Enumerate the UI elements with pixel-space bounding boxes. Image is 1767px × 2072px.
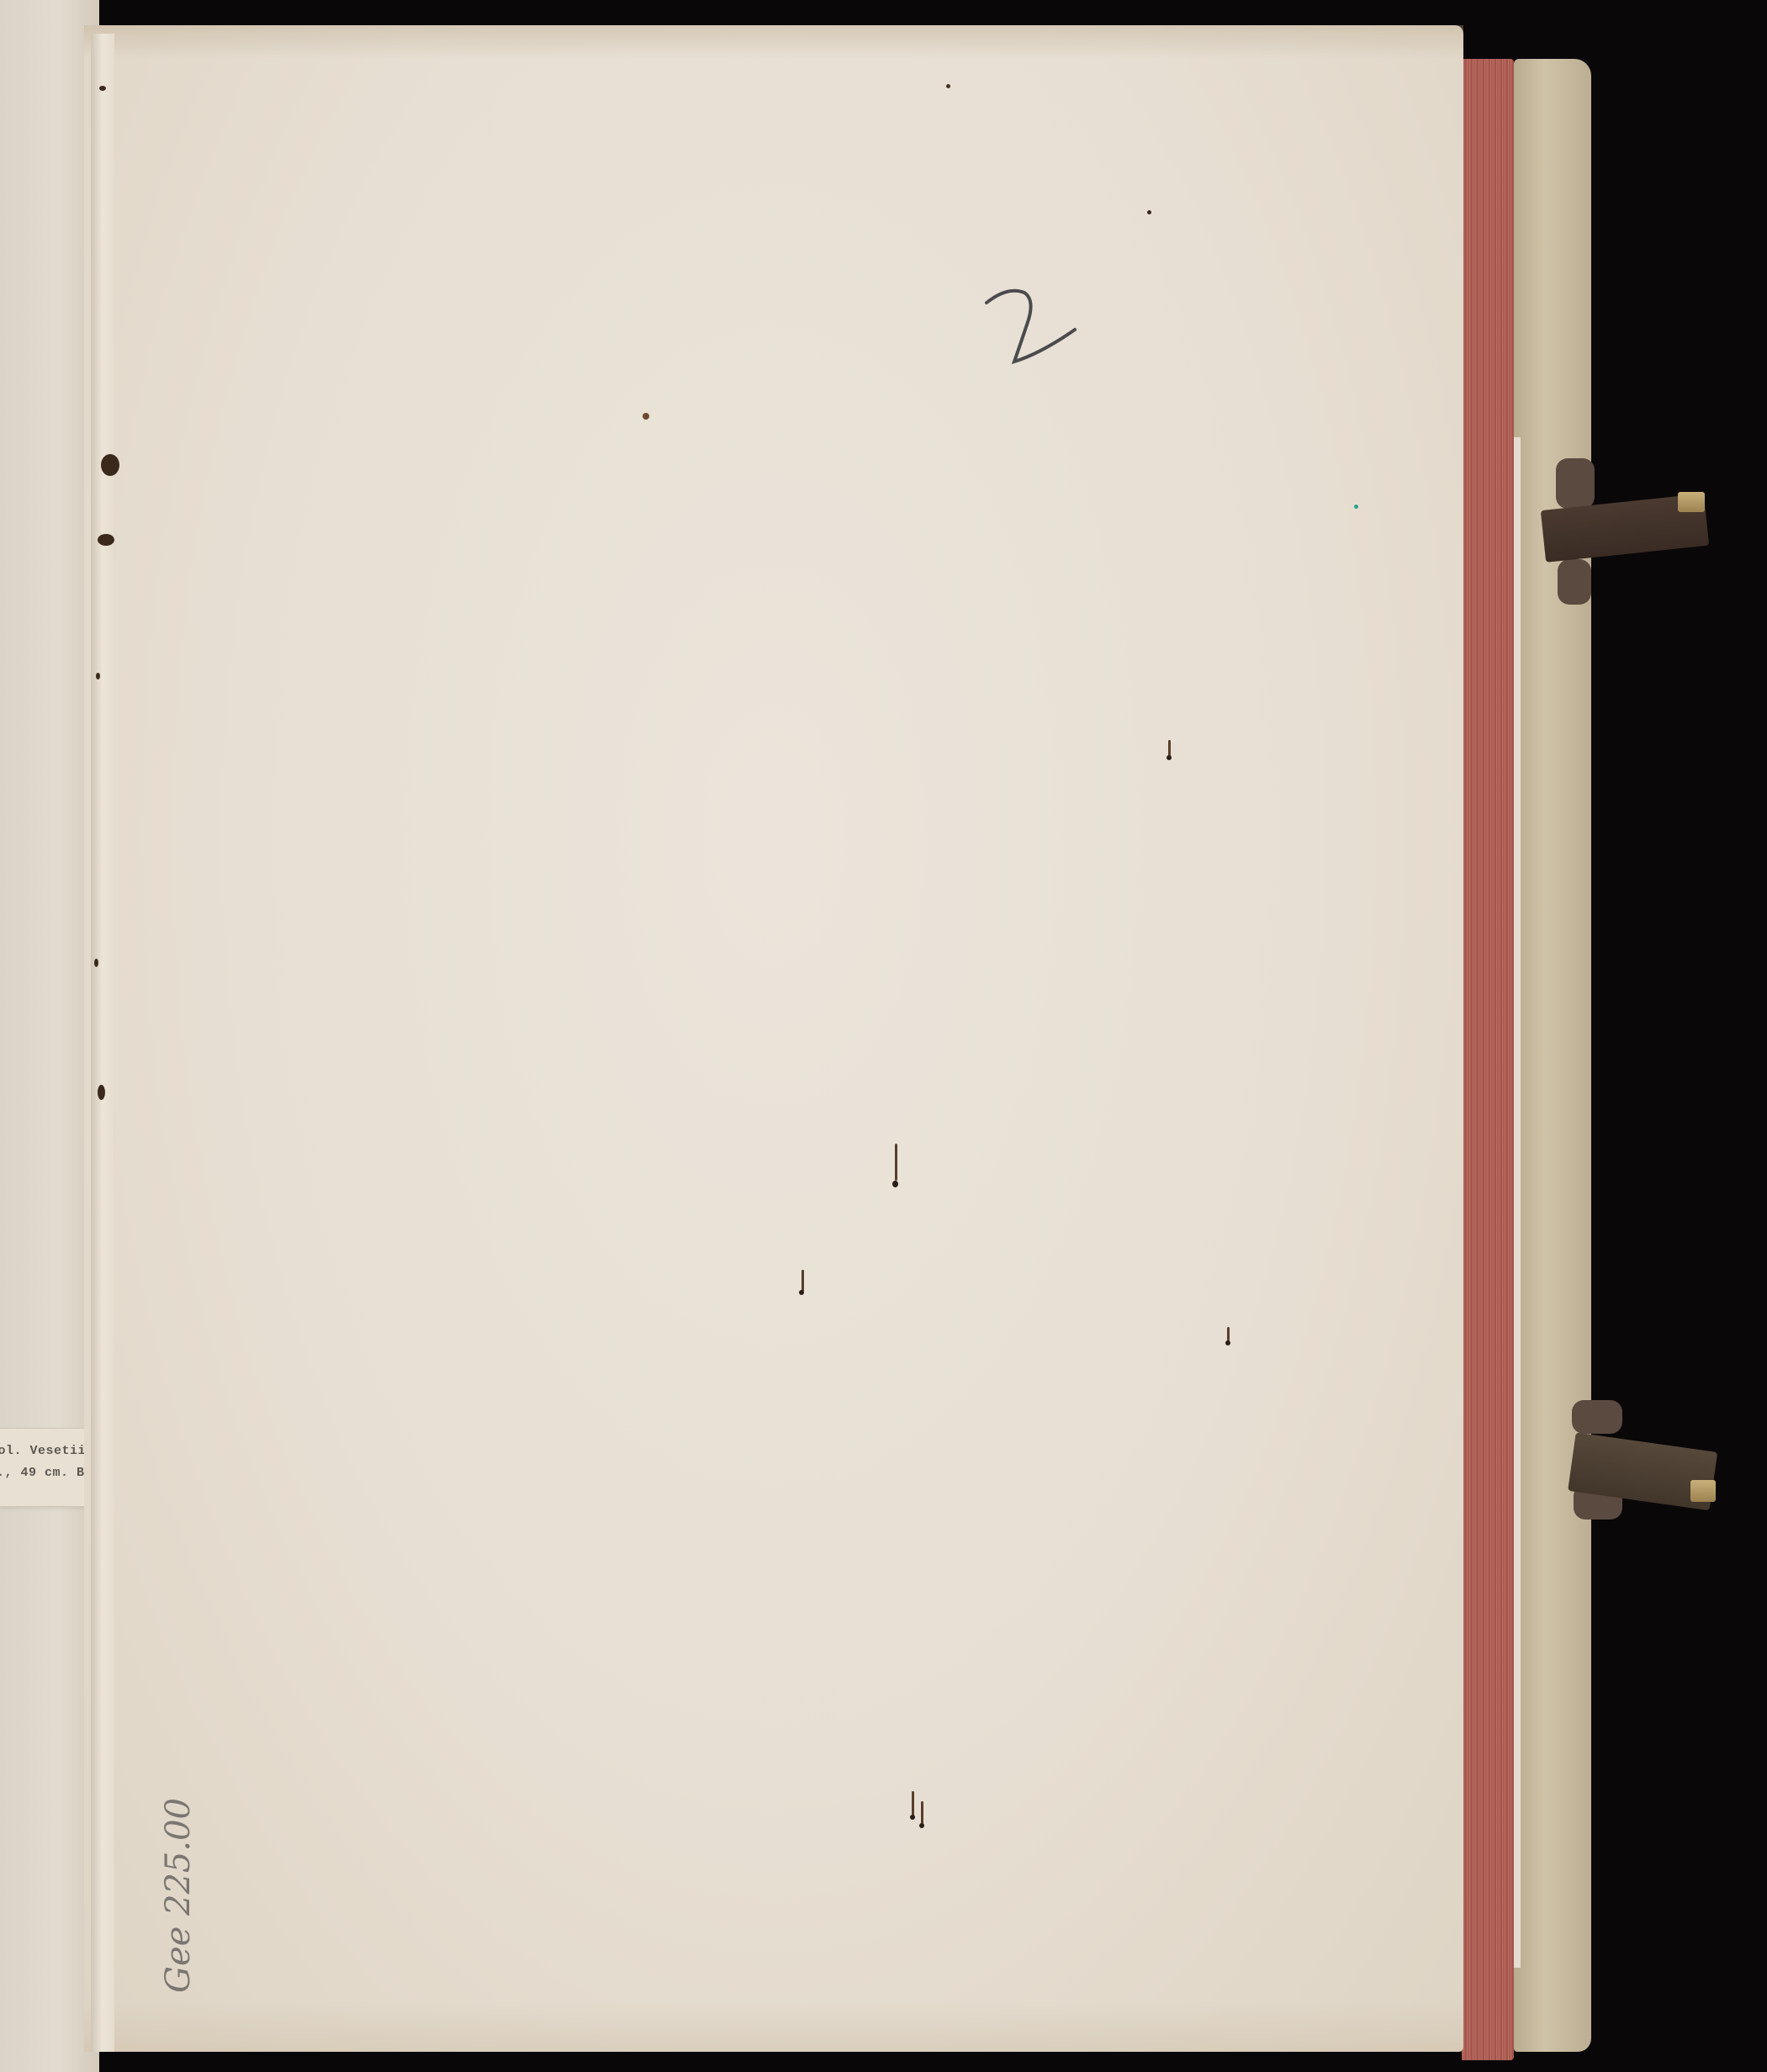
clasp-knot [1558,559,1591,605]
page-bottom-edge [84,2001,1463,2052]
upper-clasp [1539,458,1707,626]
clasp-knot [1556,458,1595,509]
gutter-stain [94,959,98,967]
pencil-shelfmark: Gee 225.00 [130,1749,231,2001]
foxing-spot [1354,505,1358,509]
ink-drip-mark [892,1144,901,1194]
gutter-stain [96,673,100,679]
clasp-brass-tip [1678,492,1705,512]
ink-drip-mark [1225,1327,1233,1352]
svg-text:Gee 225.00: Gee 225.00 [159,1798,198,1993]
ink-drip-mark [1166,740,1174,765]
gutter-stain [99,86,106,91]
ink-drip-mark [910,1791,927,1833]
label-line-2: ., 49 cm. Bl. Ho'r- [0,1466,98,1480]
catalogue-label-slip: Fol. Vesetiis, Barthol. ., 49 cm. Bl. Ho… [0,1428,98,1507]
clasp-knot [1572,1400,1622,1434]
foxing-spot [643,413,649,420]
clasp-brass-tip [1690,1480,1716,1502]
gutter-fold [91,34,114,2052]
page-top-foxing [84,25,1463,59]
vellum-binding [1514,59,1591,2052]
pencil-folio-number: 2 [982,277,1083,378]
ink-drip-mark [799,1270,807,1303]
flyleaf-page [84,25,1463,2052]
foxing-spot [946,84,950,88]
gutter-stain [101,454,119,476]
lower-clasp [1569,1400,1720,1568]
label-line-1: Fol. Vesetiis, Barthol. [0,1444,98,1458]
foxing-spot [1147,210,1151,214]
red-stained-fore-edge [1462,59,1514,2060]
gutter-stain [98,1085,105,1100]
gutter-stain [98,534,114,546]
